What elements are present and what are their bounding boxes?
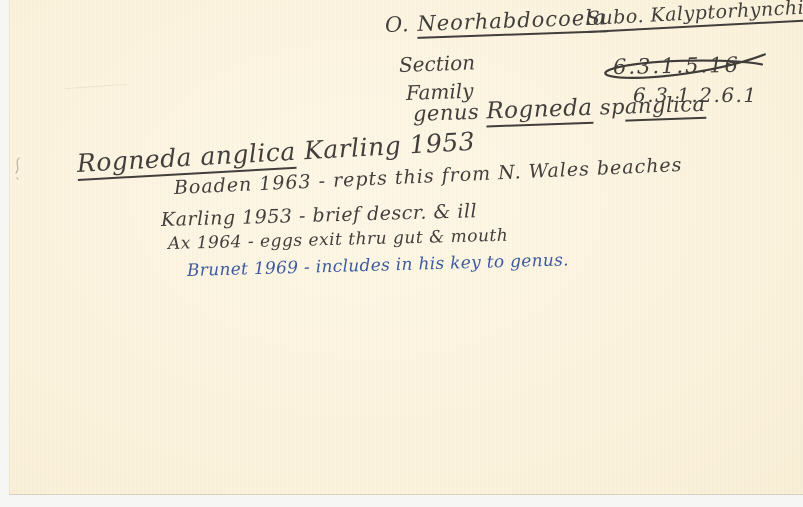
note-brunet: Brunet 1969 - includes in his key to gen… bbox=[187, 251, 569, 281]
genus-label: genus bbox=[413, 100, 480, 126]
suborder-abbrev: Subo. bbox=[586, 5, 644, 30]
note-ax: Ax 1964 - eggs exit thru gut & mouth bbox=[168, 227, 509, 255]
sp-abbrev: sp bbox=[599, 95, 625, 120]
species-name: anglica bbox=[625, 92, 707, 122]
catalog-number-crossed-out: 6.3.1.5.16 bbox=[613, 53, 740, 79]
genus-name: Rogneda bbox=[486, 95, 593, 128]
suborder-name: Kalyptorhynchia bbox=[650, 0, 803, 27]
catalog-number-old-line: 6.3.1.5.16 bbox=[613, 53, 740, 79]
order-line: O. Neorhabdocoela bbox=[385, 5, 607, 37]
order-abbrev: O. bbox=[385, 12, 410, 37]
pencil-mark bbox=[11, 156, 25, 182]
index-card: O. Neorhabdocoela Subo. Kalyptorhynchia … bbox=[9, 0, 803, 494]
suborder-line: Subo. Kalyptorhynchia bbox=[586, 0, 803, 31]
section-label: Section bbox=[399, 51, 476, 77]
paper-scratch bbox=[65, 84, 127, 89]
order-name: Neorhabdocoela bbox=[417, 5, 607, 39]
title-authority: Karling 1953 bbox=[303, 127, 476, 166]
